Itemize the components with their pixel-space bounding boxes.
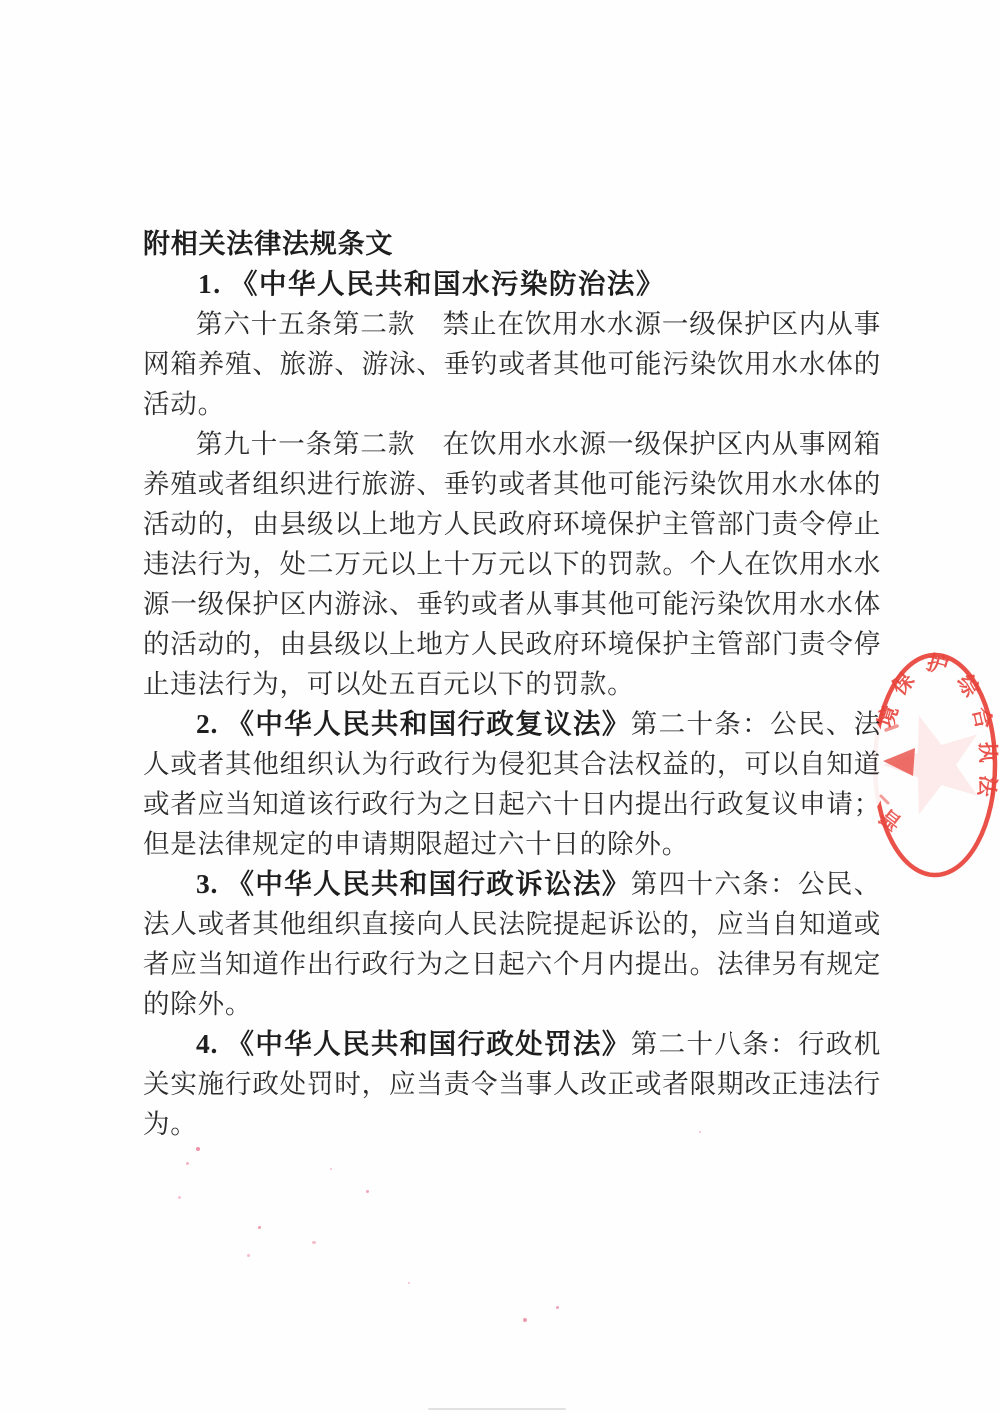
stamp-ink-dash-upper [886, 726, 897, 730]
law2-paragraph: 2. 《中华人民共和国行政复议法》第二十条：公民、法人或者其他组织认为行政行为侵… [143, 704, 881, 864]
law4-title: 4. 《中华人民共和国行政处罚法》 [196, 1028, 631, 1059]
speckle [523, 1318, 527, 1322]
speckle [247, 1254, 250, 1257]
law1-paragraph-2: 第九十一条第二款 在饮用水水源一级保护区内从事网箱养殖或者组织进行旅游、垂钓或者… [143, 424, 881, 704]
scanned-page: 附相关法律法规条文 1. 《中华人民共和国水污染防治法》 第六十五条第二款 禁止… [0, 0, 1000, 1414]
speckle [408, 1282, 410, 1284]
speckle [556, 1306, 559, 1309]
stamp-star-icon [883, 716, 977, 815]
document-heading: 附相关法律法规条文 [143, 224, 881, 264]
law3-paragraph: 3. 《中华人民共和国行政诉讼法》第四十六条：公民、法人或者其他组织直接向人民法… [143, 864, 881, 1024]
speckle [312, 1241, 316, 1244]
stamp-star-fragment [883, 748, 915, 776]
speckle [196, 1147, 200, 1151]
law4-paragraph: 4. 《中华人民共和国行政处罚法》第二十八条：行政机关实施行政处罚时，应当责令当… [143, 1024, 881, 1144]
stamp-ink-dash-lower [881, 796, 888, 803]
law1-title: 1. 《中华人民共和国水污染防治法》 [143, 264, 881, 304]
speckle [366, 1190, 369, 1193]
speckle [699, 1131, 701, 1133]
speckle [178, 1196, 181, 1199]
document-body: 附相关法律法规条文 1. 《中华人民共和国水污染防治法》 第六十五条第二款 禁止… [143, 224, 881, 1144]
speckle [258, 1226, 261, 1229]
speckle [186, 1162, 189, 1165]
stamp-ring-text: 境保护综合执法 [874, 650, 1000, 810]
law2-title: 2. 《中华人民共和国行政复议法》 [196, 708, 631, 739]
scan-edge-mark [428, 1408, 566, 1410]
stamp-ring [875, 655, 995, 875]
speckle [330, 1168, 332, 1170]
law1-paragraph-1: 第六十五条第二款 禁止在饮用水水源一级保护区内从事网箱养殖、旅游、游泳、垂钓或者… [143, 304, 881, 424]
law3-title: 3. 《中华人民共和国行政诉讼法》 [196, 868, 631, 899]
